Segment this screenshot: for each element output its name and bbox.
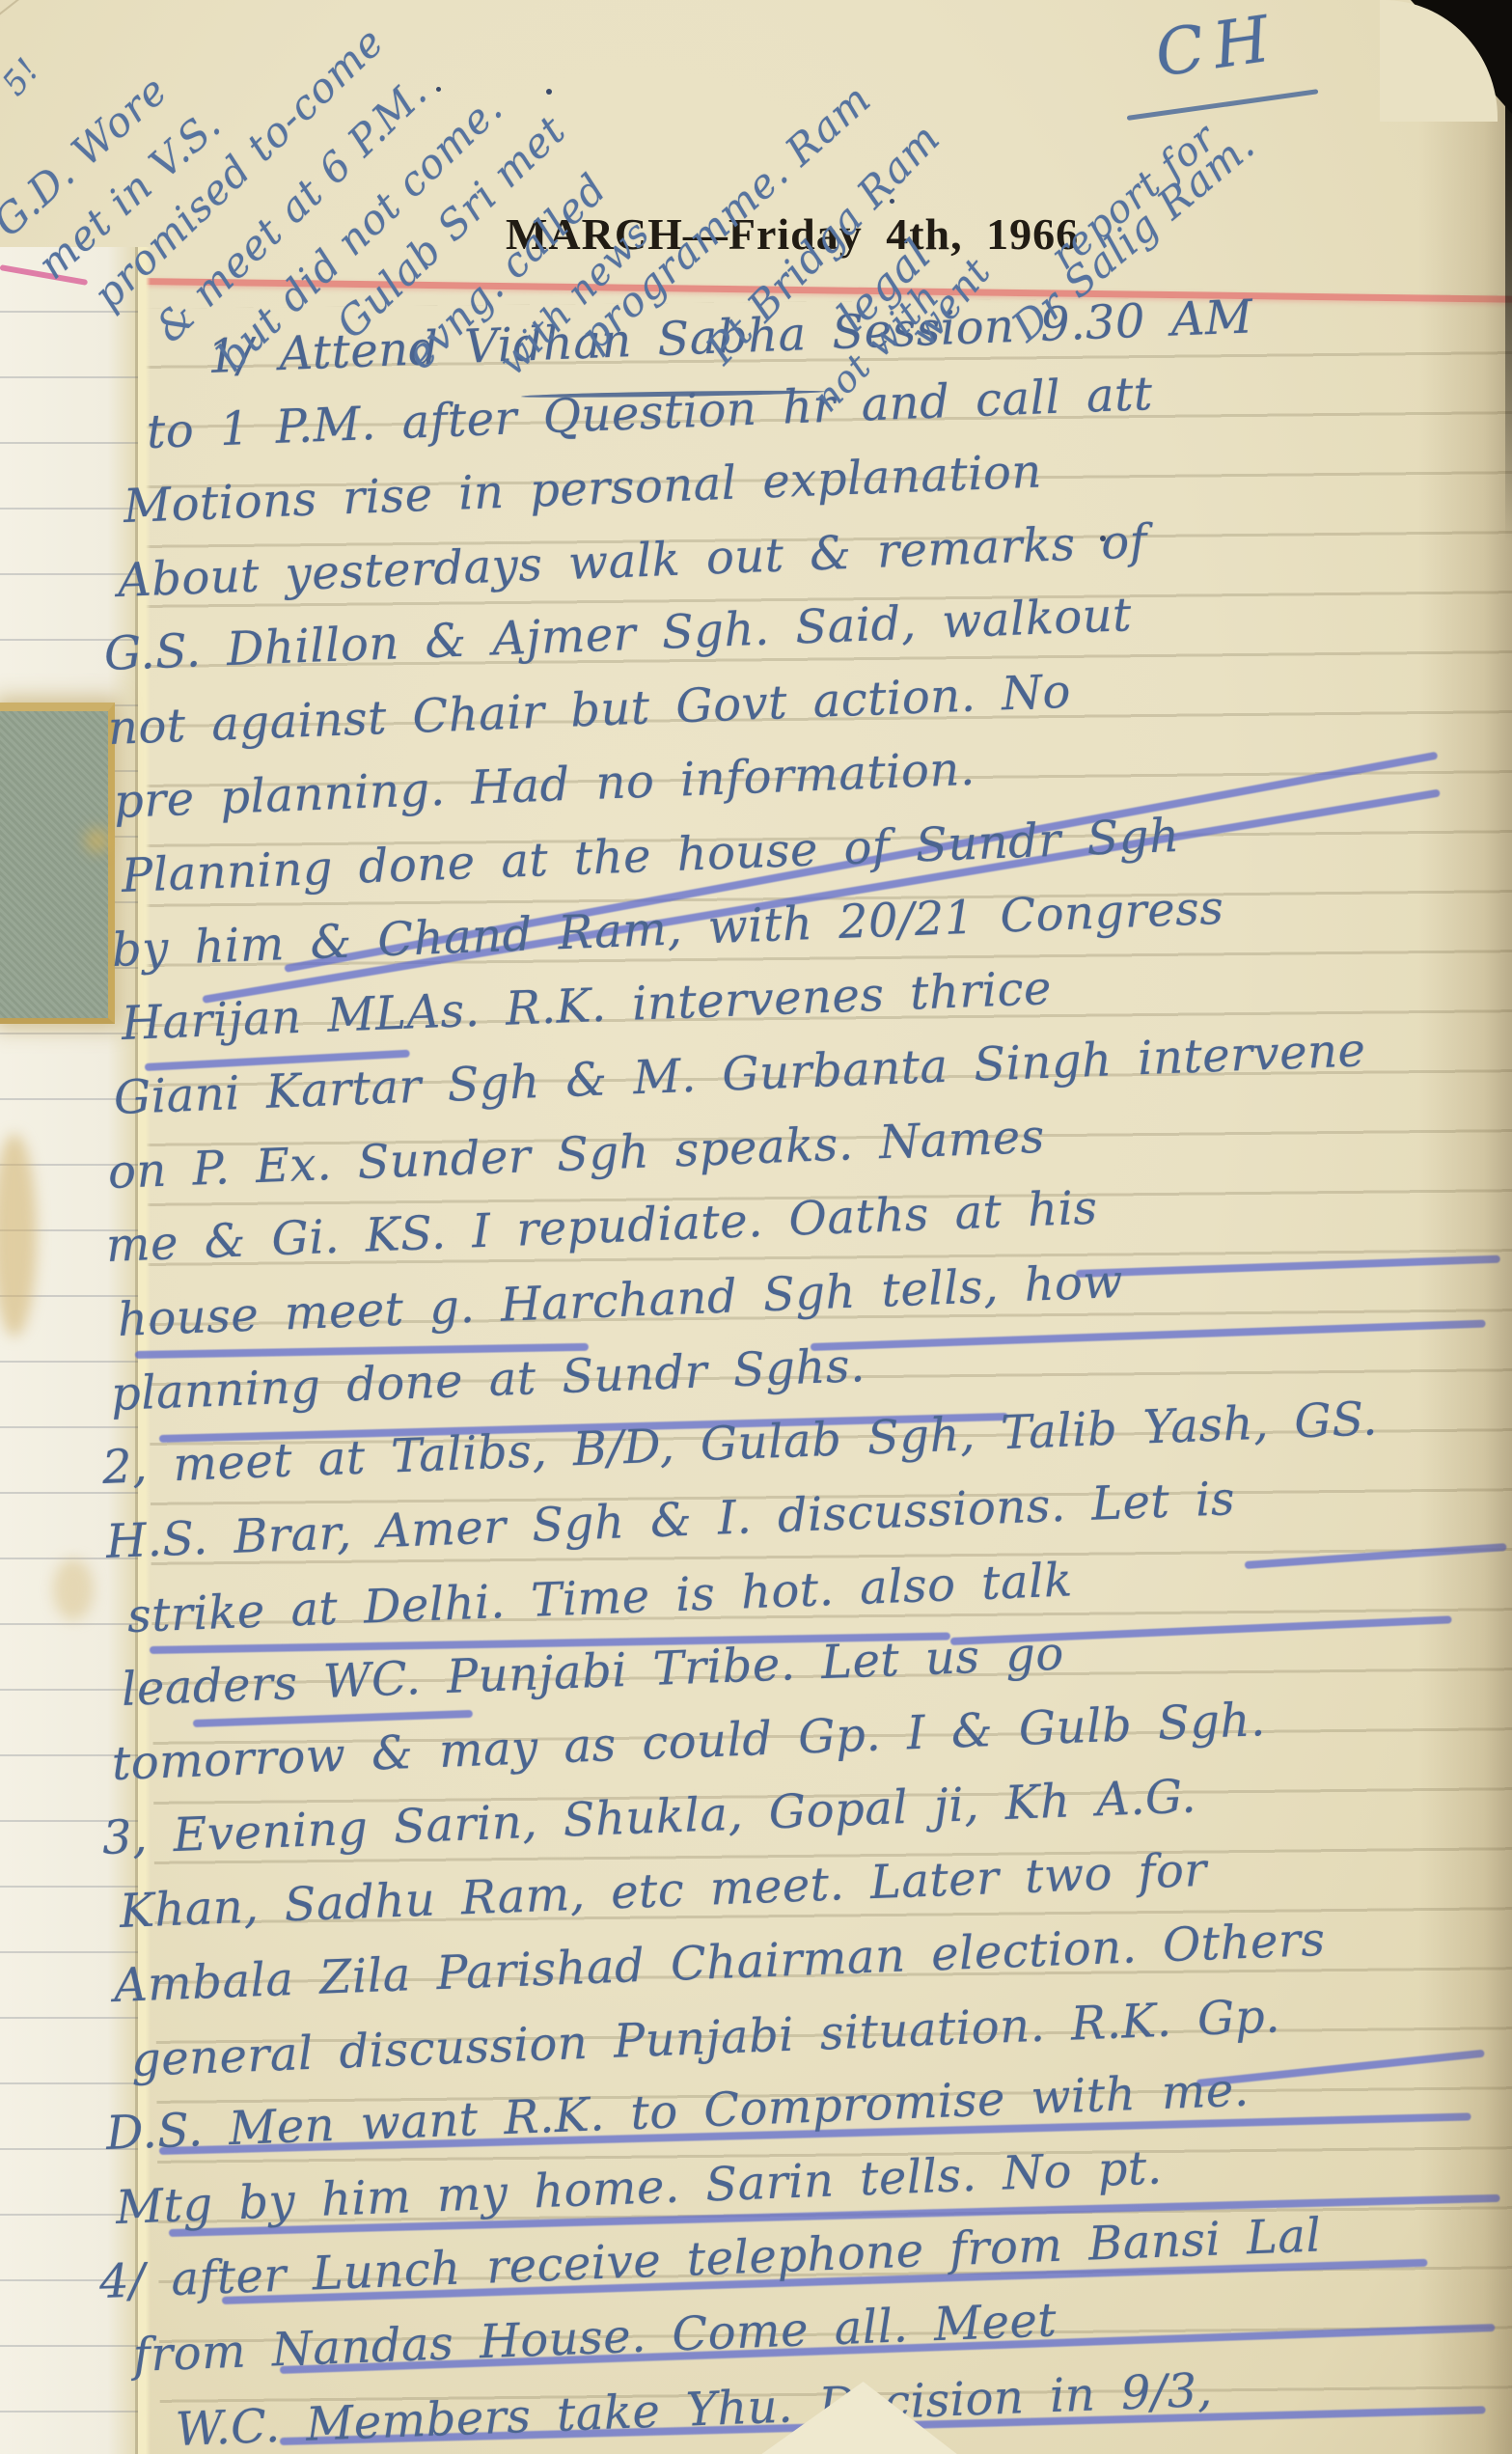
- binding-tape-patch: [0, 703, 115, 1024]
- stain-smudge: [85, 828, 110, 853]
- diary-page-scan: MARCH—Friday 4th, 1966 1/ Attend Vidhan …: [0, 0, 1512, 2454]
- scan-background-edge: [1505, 89, 1512, 542]
- ink-speck: [546, 89, 552, 95]
- stain-smudge: [53, 1558, 94, 1620]
- ink-speck: [436, 87, 441, 92]
- ink-speck: [1100, 536, 1106, 541]
- ink-speck: [890, 199, 894, 204]
